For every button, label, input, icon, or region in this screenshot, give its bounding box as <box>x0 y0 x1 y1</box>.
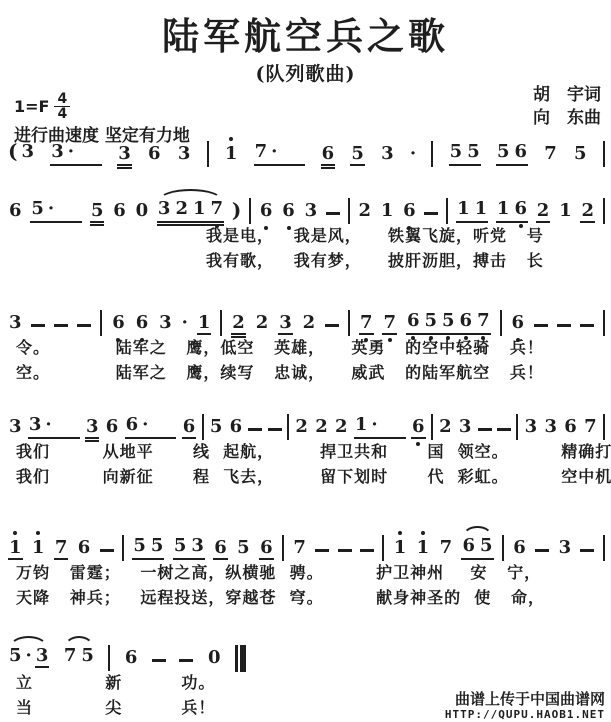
note: 2 <box>231 313 246 338</box>
dash-note <box>535 549 549 553</box>
lyric-line-2: 我有歌， 我有梦， 披肝沥胆，搏击 长 <box>8 248 605 273</box>
barline <box>202 414 204 440</box>
note: 7 <box>254 142 269 164</box>
note-group: 6· <box>125 415 177 439</box>
note: 6 <box>281 201 296 223</box>
note: 5 <box>466 142 481 164</box>
note: 5 <box>441 311 456 333</box>
augmentation-dot: · <box>271 142 277 164</box>
note: 1 <box>416 538 431 560</box>
note: 5 <box>90 201 105 226</box>
note: 6 <box>125 415 140 437</box>
dash-note <box>54 324 68 328</box>
barline <box>446 198 448 224</box>
note: 3 <box>278 313 293 335</box>
note: 3 <box>20 142 35 164</box>
composer-credit: 向 东曲 <box>533 107 601 130</box>
dash-note <box>478 428 492 432</box>
note: 0 <box>135 201 150 223</box>
note: 7 <box>292 538 307 560</box>
augmentation-dot: · <box>68 142 74 164</box>
note: 6 <box>259 201 274 223</box>
note: 1 <box>496 199 511 221</box>
lyricist-credit: 胡 宇词 <box>533 84 601 107</box>
note: 3 <box>50 142 65 164</box>
dash-note <box>31 324 45 328</box>
dash-note <box>315 549 329 553</box>
barline <box>382 535 384 561</box>
note-group: 11 <box>456 199 488 223</box>
dash-note <box>338 549 352 553</box>
note: 3 <box>304 201 319 223</box>
note: 7 <box>63 646 78 668</box>
barline <box>603 414 605 440</box>
note: 5 <box>8 646 23 668</box>
watermark-url: HTTP://QUPU.HAOB1.NET <box>445 708 605 721</box>
note: 7 <box>476 311 491 333</box>
note: 7 <box>382 313 397 335</box>
barline <box>249 198 251 224</box>
note: 6 <box>111 313 126 335</box>
barline <box>348 310 350 336</box>
time-signature-denominator: 4 <box>54 107 70 121</box>
note: 3 <box>158 313 173 335</box>
note: 7 <box>210 199 225 221</box>
note-group: 55 <box>132 536 164 560</box>
note: 5 <box>479 536 494 558</box>
note: 5 <box>30 199 45 221</box>
note: 6 <box>406 311 421 333</box>
note-group: 3217 <box>157 199 224 226</box>
note: 2 <box>255 313 270 335</box>
note: 5 <box>209 417 224 439</box>
dash-note <box>534 324 548 328</box>
note: 1 <box>8 538 23 560</box>
augmentation-dot: · <box>182 313 188 335</box>
dash-note <box>179 659 193 663</box>
lyric-line-2: 我们 向新征 程 飞去， 留下划时 代 彩虹。 空中机动， <box>8 464 605 489</box>
note-group: 5·3 <box>8 646 49 670</box>
note: 6 <box>77 538 92 560</box>
note: 3 <box>8 313 23 335</box>
dash-note <box>268 428 282 432</box>
augmentation-dot: · <box>142 415 148 437</box>
note-group: 53 <box>173 536 205 560</box>
dash-note <box>557 324 571 328</box>
note-group: 55 <box>449 142 481 166</box>
note: 1 <box>224 144 239 166</box>
music-system-3: 3663·1223277655676令。 陆军之 鹰，低空 英雄， 英勇 的空中… <box>8 305 605 385</box>
parenthesis: ( <box>8 141 17 164</box>
note: 3 <box>458 417 473 439</box>
barline <box>220 310 222 336</box>
final-barline-thin <box>235 645 238 672</box>
note: 5 <box>449 142 464 164</box>
note-row: 5·37560 <box>8 640 246 670</box>
note-group: 1· <box>354 415 406 439</box>
note: 7 <box>54 538 69 560</box>
note-group: 65567 <box>406 311 491 335</box>
note-row: (33·36317·653·555675 <box>8 136 605 166</box>
note: 6 <box>514 142 529 164</box>
note: 6 <box>411 417 426 439</box>
note: 3 <box>543 417 558 439</box>
barline <box>100 310 102 336</box>
dash-note <box>248 428 262 432</box>
dash-note <box>326 212 340 216</box>
note: 3 <box>85 417 100 442</box>
note: 7 <box>359 313 374 335</box>
barline <box>108 645 110 671</box>
barline <box>122 535 124 561</box>
note: 3 <box>117 144 132 169</box>
note-group: 65 <box>461 536 493 560</box>
barline <box>282 535 284 561</box>
note-group: 16 <box>496 199 528 223</box>
dash-note <box>152 659 166 663</box>
note: 1 <box>192 199 207 221</box>
note: 2 <box>357 201 372 223</box>
note: 5 <box>496 142 511 164</box>
lyric-line-1: 立 新 功。 <box>8 670 246 695</box>
note: 6 <box>124 648 139 670</box>
augmentation-dot: · <box>410 144 416 166</box>
note: 6 <box>229 417 244 439</box>
music-system-4: 33·366·6562221·6233367我们 从地平 线 起航， 捍卫共和 … <box>8 409 605 489</box>
note: 5 <box>150 536 165 558</box>
note: 6 <box>563 417 578 439</box>
note-row: 3663·1223277655676 <box>8 305 605 335</box>
note: 2 <box>580 201 595 223</box>
song-title: 陆军航空兵之歌 <box>0 6 611 60</box>
dash-note <box>580 549 594 553</box>
lyric-line-2: 天降 神兵； 远程投送，穿越苍 穹。 献身神圣的 使 命， <box>8 585 605 610</box>
note: 2 <box>302 313 317 335</box>
augmentation-dot: · <box>26 646 32 668</box>
note-group: 5· <box>30 199 82 223</box>
note: 1 <box>558 201 573 223</box>
music-system-2: 65·5603217)6632161116212我是电， 我是风， 铁翼飞旋，听… <box>8 193 605 273</box>
note: 2 <box>294 417 309 439</box>
note: 6 <box>510 313 525 335</box>
barline <box>431 414 433 440</box>
note: 1 <box>197 313 212 335</box>
barline <box>603 535 605 561</box>
lyric-line-1: 我是电， 我是风， 铁翼飞旋，听党 号 <box>8 223 605 248</box>
dash-note <box>580 324 594 328</box>
lyric-line-2: 当 尖 兵！ <box>8 695 246 720</box>
note-group: (3 <box>8 141 35 166</box>
note: 6 <box>213 538 228 560</box>
credits: 胡 宇词 向 东曲 <box>533 84 601 130</box>
barline <box>603 310 605 336</box>
note: 3 <box>35 646 50 668</box>
note: 2 <box>174 199 189 221</box>
note: 1 <box>354 415 369 437</box>
music-system-5: 1176555365671176563万钧 雷霆； 一树之高，纵横驰 骋。 护卫… <box>8 530 605 610</box>
note: 6 <box>112 201 127 223</box>
augmentation-dot: · <box>371 415 377 437</box>
barline <box>287 414 289 440</box>
note: 5 <box>423 311 438 333</box>
note: 6 <box>259 538 274 560</box>
note: 3 <box>28 415 43 437</box>
note: 1 <box>474 199 489 221</box>
augmentation-dot: · <box>48 199 54 221</box>
note: 5 <box>573 144 588 166</box>
dash-note <box>424 212 438 216</box>
note-group: 7· <box>254 142 306 166</box>
note: 3 <box>157 199 172 221</box>
barline <box>603 198 605 224</box>
dash-note <box>325 324 339 328</box>
key-signature: 1=F 4 4 <box>14 92 70 121</box>
note: 6 <box>402 201 417 223</box>
barline <box>603 141 605 167</box>
note-row: 65·5603217)6632161116212 <box>8 193 605 223</box>
note: 3 <box>380 144 395 166</box>
note: 3 <box>524 417 539 439</box>
barline <box>502 535 504 561</box>
note: 7 <box>543 144 558 166</box>
dash-note <box>100 549 114 553</box>
barline <box>516 414 518 440</box>
lyric-line-1: 万钧 雷霆； 一树之高，纵横驰 骋。 护卫神州 安 宁， <box>8 560 605 585</box>
note: 7 <box>583 417 598 439</box>
note-row: 33·366·6562221·6233367 <box>8 409 605 439</box>
barline <box>431 141 433 167</box>
note: 2 <box>334 417 349 439</box>
note: 2 <box>536 201 551 223</box>
note-group: 75 <box>63 646 95 670</box>
dash-note <box>360 549 374 553</box>
parenthesis: ) <box>232 200 241 223</box>
note-row: 1176555365671176563 <box>8 530 605 560</box>
note: 3 <box>8 417 23 439</box>
note: 6 <box>461 536 476 558</box>
note: 6 <box>182 417 197 439</box>
note-group: 3· <box>28 415 80 439</box>
watermark: 曲谱上传于中国曲谱网 HTTP://QUPU.HAOB1.NET <box>445 691 605 721</box>
note: 3 <box>190 536 205 558</box>
note-group: 56 <box>496 142 528 166</box>
note: 2 <box>314 417 329 439</box>
note: 2 <box>438 417 453 439</box>
key-label: 1=F <box>14 97 49 116</box>
augmentation-dot: · <box>45 415 51 437</box>
note: 6 <box>321 144 336 169</box>
lyric-line-1: 我们 从地平 线 起航， 捍卫共和 国 领空。 精确打击， <box>8 439 605 464</box>
note: 5 <box>236 538 251 560</box>
note: 6 <box>105 417 120 439</box>
note: 6 <box>459 311 474 333</box>
note: 1 <box>380 201 395 223</box>
note: 7 <box>439 538 454 560</box>
note-group: 3· <box>50 142 102 166</box>
note: 3 <box>177 144 192 166</box>
song-subtitle: (队列歌曲) <box>0 59 611 86</box>
note: 6 <box>512 538 527 560</box>
music-system-6: 5·37560立 新 功。当 尖 兵！ <box>8 640 246 720</box>
note: 6 <box>8 201 23 223</box>
note: 6 <box>513 199 528 221</box>
note: 5 <box>173 536 188 558</box>
note: 5 <box>350 144 365 166</box>
dash-note <box>77 324 91 328</box>
note: 6 <box>147 144 162 166</box>
note: 1 <box>456 199 471 221</box>
note: 3 <box>558 538 573 560</box>
watermark-site-name: 曲谱上传于中国曲谱网 <box>445 691 605 708</box>
note: 5 <box>80 646 95 668</box>
note: 1 <box>31 538 46 560</box>
lyric-line-2: 空。 陆军之 鹰，续写 忠诚， 威武 的陆军航空 兵！ <box>8 360 605 385</box>
note: 1 <box>393 538 408 560</box>
time-signature: 4 4 <box>54 92 70 121</box>
time-signature-numerator: 4 <box>54 92 70 107</box>
note: 0 <box>207 648 222 670</box>
final-barline <box>235 645 246 672</box>
note: 5 <box>132 536 147 558</box>
barline <box>500 310 502 336</box>
music-system-1: (33·36317·653·555675 <box>8 136 605 166</box>
final-barline-thick <box>240 645 246 672</box>
barline <box>348 198 350 224</box>
barline <box>207 141 209 167</box>
note: 6 <box>135 313 150 335</box>
dash-note <box>497 428 511 432</box>
